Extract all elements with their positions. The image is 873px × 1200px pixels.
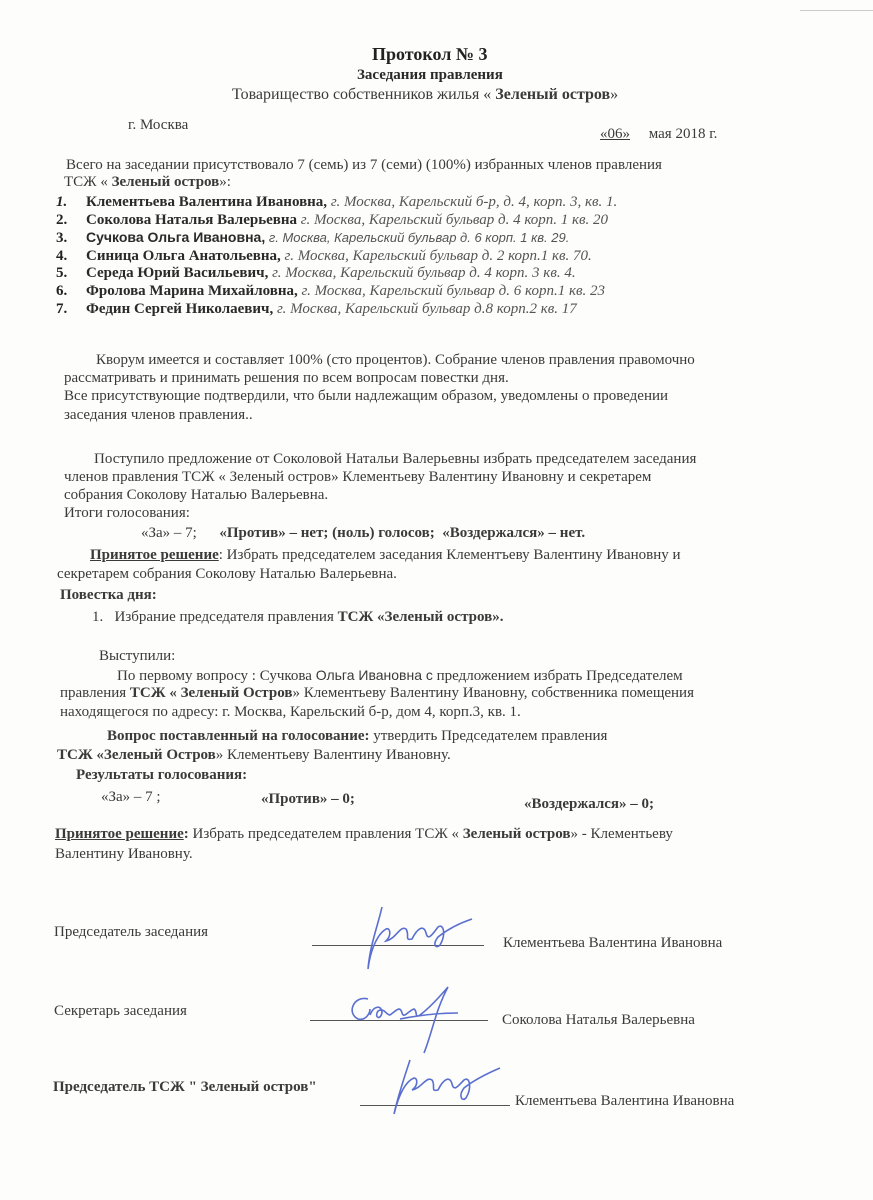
signature-name: Соколова Наталья Валерьевна xyxy=(502,1012,695,1029)
speech-text: » Клементьеву Валентину Ивановну, собств… xyxy=(292,685,694,701)
speeches-line-1: По первому вопросу : Сучкова Ольга Ивано… xyxy=(117,667,683,685)
member-number: 6. xyxy=(56,283,86,301)
question-vote-for: «За» – 7 ; xyxy=(101,789,161,806)
speech-text: По первому вопросу : Сучкова xyxy=(117,668,316,684)
document-title: Протокол № 3 xyxy=(372,44,487,65)
speeches-label: Выступили: xyxy=(99,648,175,665)
vote-against: «Против» – нет; (ноль) голосов; xyxy=(219,525,434,541)
agenda-item-org: ТСЖ «Зеленый остров». xyxy=(338,609,504,625)
member-item: 4.Синица Ольга Анатольевна, г. Москва, К… xyxy=(56,248,617,266)
question-line-1: Вопрос поставленный на голосование: утве… xyxy=(107,728,607,745)
member-address: г. Москва, Карельский бульвар д.8 корп.2… xyxy=(273,301,577,317)
attendance-suffix: »: xyxy=(219,174,231,190)
speeches-line-2: правления ТСЖ « Зеленый Остров» Клементь… xyxy=(60,685,694,702)
question-vote-against: «Против» – 0; xyxy=(261,791,355,808)
attendance-line-2: ТСЖ « Зеленый остров»: xyxy=(64,174,231,191)
decision-label: Принятое решение xyxy=(55,826,184,842)
proposal-line-2: членов правления ТСЖ « Зеленый остров» К… xyxy=(64,469,651,486)
member-number: 4. xyxy=(56,248,86,266)
question-line-2: ТСЖ «Зеленый Остров» Клементьеву Валенти… xyxy=(57,747,451,764)
agenda-item: 1. Избрание председателя правления ТСЖ «… xyxy=(92,609,503,626)
question-org: ТСЖ «Зеленый Остров xyxy=(57,747,216,763)
question-vote-abstain: «Воздержался» – 0; xyxy=(524,796,654,813)
member-name: Соколова Наталья Валерьевна xyxy=(86,212,297,228)
members-list: 1.Клементьева Валентина Ивановна, г. Мос… xyxy=(56,194,617,318)
member-number: 3. xyxy=(56,230,86,248)
member-number: 2. xyxy=(56,212,86,230)
agenda-item-number: 1. xyxy=(92,609,103,625)
attendance-line-1: Всего на заседании присутствовало 7 (сем… xyxy=(66,157,662,174)
member-name: Клементьева Валентина Ивановна, xyxy=(86,194,327,210)
member-name: Сучкова Ольга Ивановна, xyxy=(86,229,265,245)
member-item: 5.Середа Юрий Васильевич, г. Москва, Кар… xyxy=(56,265,617,283)
vote-for: «За» – 7; xyxy=(141,525,197,541)
member-name: Синица Ольга Анатольевна, xyxy=(86,248,281,264)
signature-sokolova-icon xyxy=(340,985,480,1055)
member-item: 3.Сучкова Ольга Ивановна, г. Москва, Кар… xyxy=(56,229,617,248)
date-day: «06» xyxy=(600,126,630,142)
member-item: 2.Соколова Наталья Валерьевна г. Москва,… xyxy=(56,212,617,230)
attendance-prefix: ТСЖ « xyxy=(64,174,112,190)
question-results-label: Результаты голосования: xyxy=(76,767,247,784)
quorum-line-3: Все присутствующие подтвердили, что были… xyxy=(64,388,668,405)
org-name: Зеленый остров xyxy=(495,86,610,103)
date-month-year: мая 2018 г. xyxy=(649,126,718,142)
member-item: 1.Клементьева Валентина Ивановна, г. Мос… xyxy=(56,194,617,212)
member-number: 1. xyxy=(56,194,86,212)
decision-2-line-2: Валентину Ивановну. xyxy=(55,846,193,863)
member-item: 6.Фролова Марина Михайловна, г. Москва, … xyxy=(56,283,617,301)
signature-role: Председатель заседания xyxy=(54,924,208,941)
member-address: г. Москва, Карельский бульвар д. 4 корп.… xyxy=(297,212,608,228)
member-number: 7. xyxy=(56,301,86,319)
speech-text: предложением избрать Председателем xyxy=(433,668,683,684)
quorum-line-4: заседания членов правления.. xyxy=(64,407,253,424)
member-address: г. Москва, Карельский бульвар д. 6 корп.… xyxy=(265,230,569,245)
decision-2-line-1: Принятое решение: Избрать председателем … xyxy=(55,826,673,843)
attendance-org-name: Зеленый остров xyxy=(112,174,220,190)
proposal-votes: «За» – 7; «Против» – нет; (ноль) голосов… xyxy=(141,525,585,542)
signature-klementeva-icon xyxy=(340,905,480,975)
proposal-results-label: Итоги голосования: xyxy=(64,505,190,522)
question-text: утвердить Председателем правления xyxy=(370,728,608,744)
member-address: г. Москва, Карельский б-р, д. 4, корп. 3… xyxy=(327,194,617,210)
proposal-line-1: Поступило предложение от Соколовой Натал… xyxy=(94,451,696,468)
org-suffix: » xyxy=(610,86,618,103)
member-number: 5. xyxy=(56,265,86,283)
scan-edge-line xyxy=(800,10,873,11)
member-address: г. Москва, Карельский бульвар д. 6 корп.… xyxy=(298,283,605,299)
decision-1-line-2: секретарем собрания Соколову Наталью Вал… xyxy=(57,566,397,583)
signature-name: Клементьева Валентина Ивановна xyxy=(515,1093,734,1110)
signature-klementeva-chair-icon xyxy=(370,1058,510,1118)
speeches-line-3: находящегося по адресу: г. Москва, Карел… xyxy=(60,704,521,721)
proposal-line-3: собрания Соколову Наталью Валерьевна. xyxy=(64,487,328,504)
decision-org: Зеленый остров xyxy=(463,826,571,842)
speaker-name: Ольга Ивановна с xyxy=(316,667,433,683)
member-name: Фролова Марина Михайловна, xyxy=(86,283,298,299)
member-name: Федин Сергей Николаевич, xyxy=(86,301,273,317)
organization-line: Товарищество собственников жилья « Зелен… xyxy=(232,86,618,104)
agenda-item-text: Избрание председателя правления xyxy=(115,609,338,625)
quorum-line-1: Кворум имеется и составляет 100% (сто пр… xyxy=(96,352,695,369)
question-label: Вопрос поставленный на голосование: xyxy=(107,728,370,744)
vote-abstain: «Воздержался» – нет. xyxy=(442,525,585,541)
member-address: г. Москва, Карельский бульвар д. 2 корп.… xyxy=(281,248,592,264)
decision-text: Избрать председателем правления ТСЖ « xyxy=(189,826,463,842)
decision-label: Принятое решение xyxy=(90,547,219,563)
signature-role: Председатель ТСЖ " Зеленый остров" xyxy=(53,1079,317,1096)
city: г. Москва xyxy=(128,117,188,134)
member-name: Середа Юрий Васильевич, xyxy=(86,265,268,281)
signature-role: Секретарь заседания xyxy=(54,1003,187,1020)
date: «06» мая 2018 г. xyxy=(600,126,717,143)
decision-1-line-1: Принятое решение: Избрать председателем … xyxy=(90,547,681,564)
agenda-label: Повестка дня: xyxy=(60,587,157,604)
member-address: г. Москва, Карельский бульвар д. 4 корп.… xyxy=(268,265,575,281)
member-item: 7.Федин Сергей Николаевич, г. Москва, Ка… xyxy=(56,301,617,319)
decision-text: » - Клементьеву xyxy=(570,826,672,842)
org-prefix: Товарищество собственников жилья « xyxy=(232,86,495,103)
signature-name: Клементьева Валентина Ивановна xyxy=(503,935,722,952)
quorum-line-2: рассматривать и принимать решения по все… xyxy=(64,370,509,387)
document-subtitle: Заседания правления xyxy=(357,67,503,84)
decision-text: : Избрать председателем заседания Клемен… xyxy=(219,547,681,563)
speech-text: правления xyxy=(60,685,130,701)
question-text: » Клементьеву Валентину Ивановну. xyxy=(216,747,451,763)
speech-org: ТСЖ « Зеленый Остров xyxy=(130,685,293,701)
